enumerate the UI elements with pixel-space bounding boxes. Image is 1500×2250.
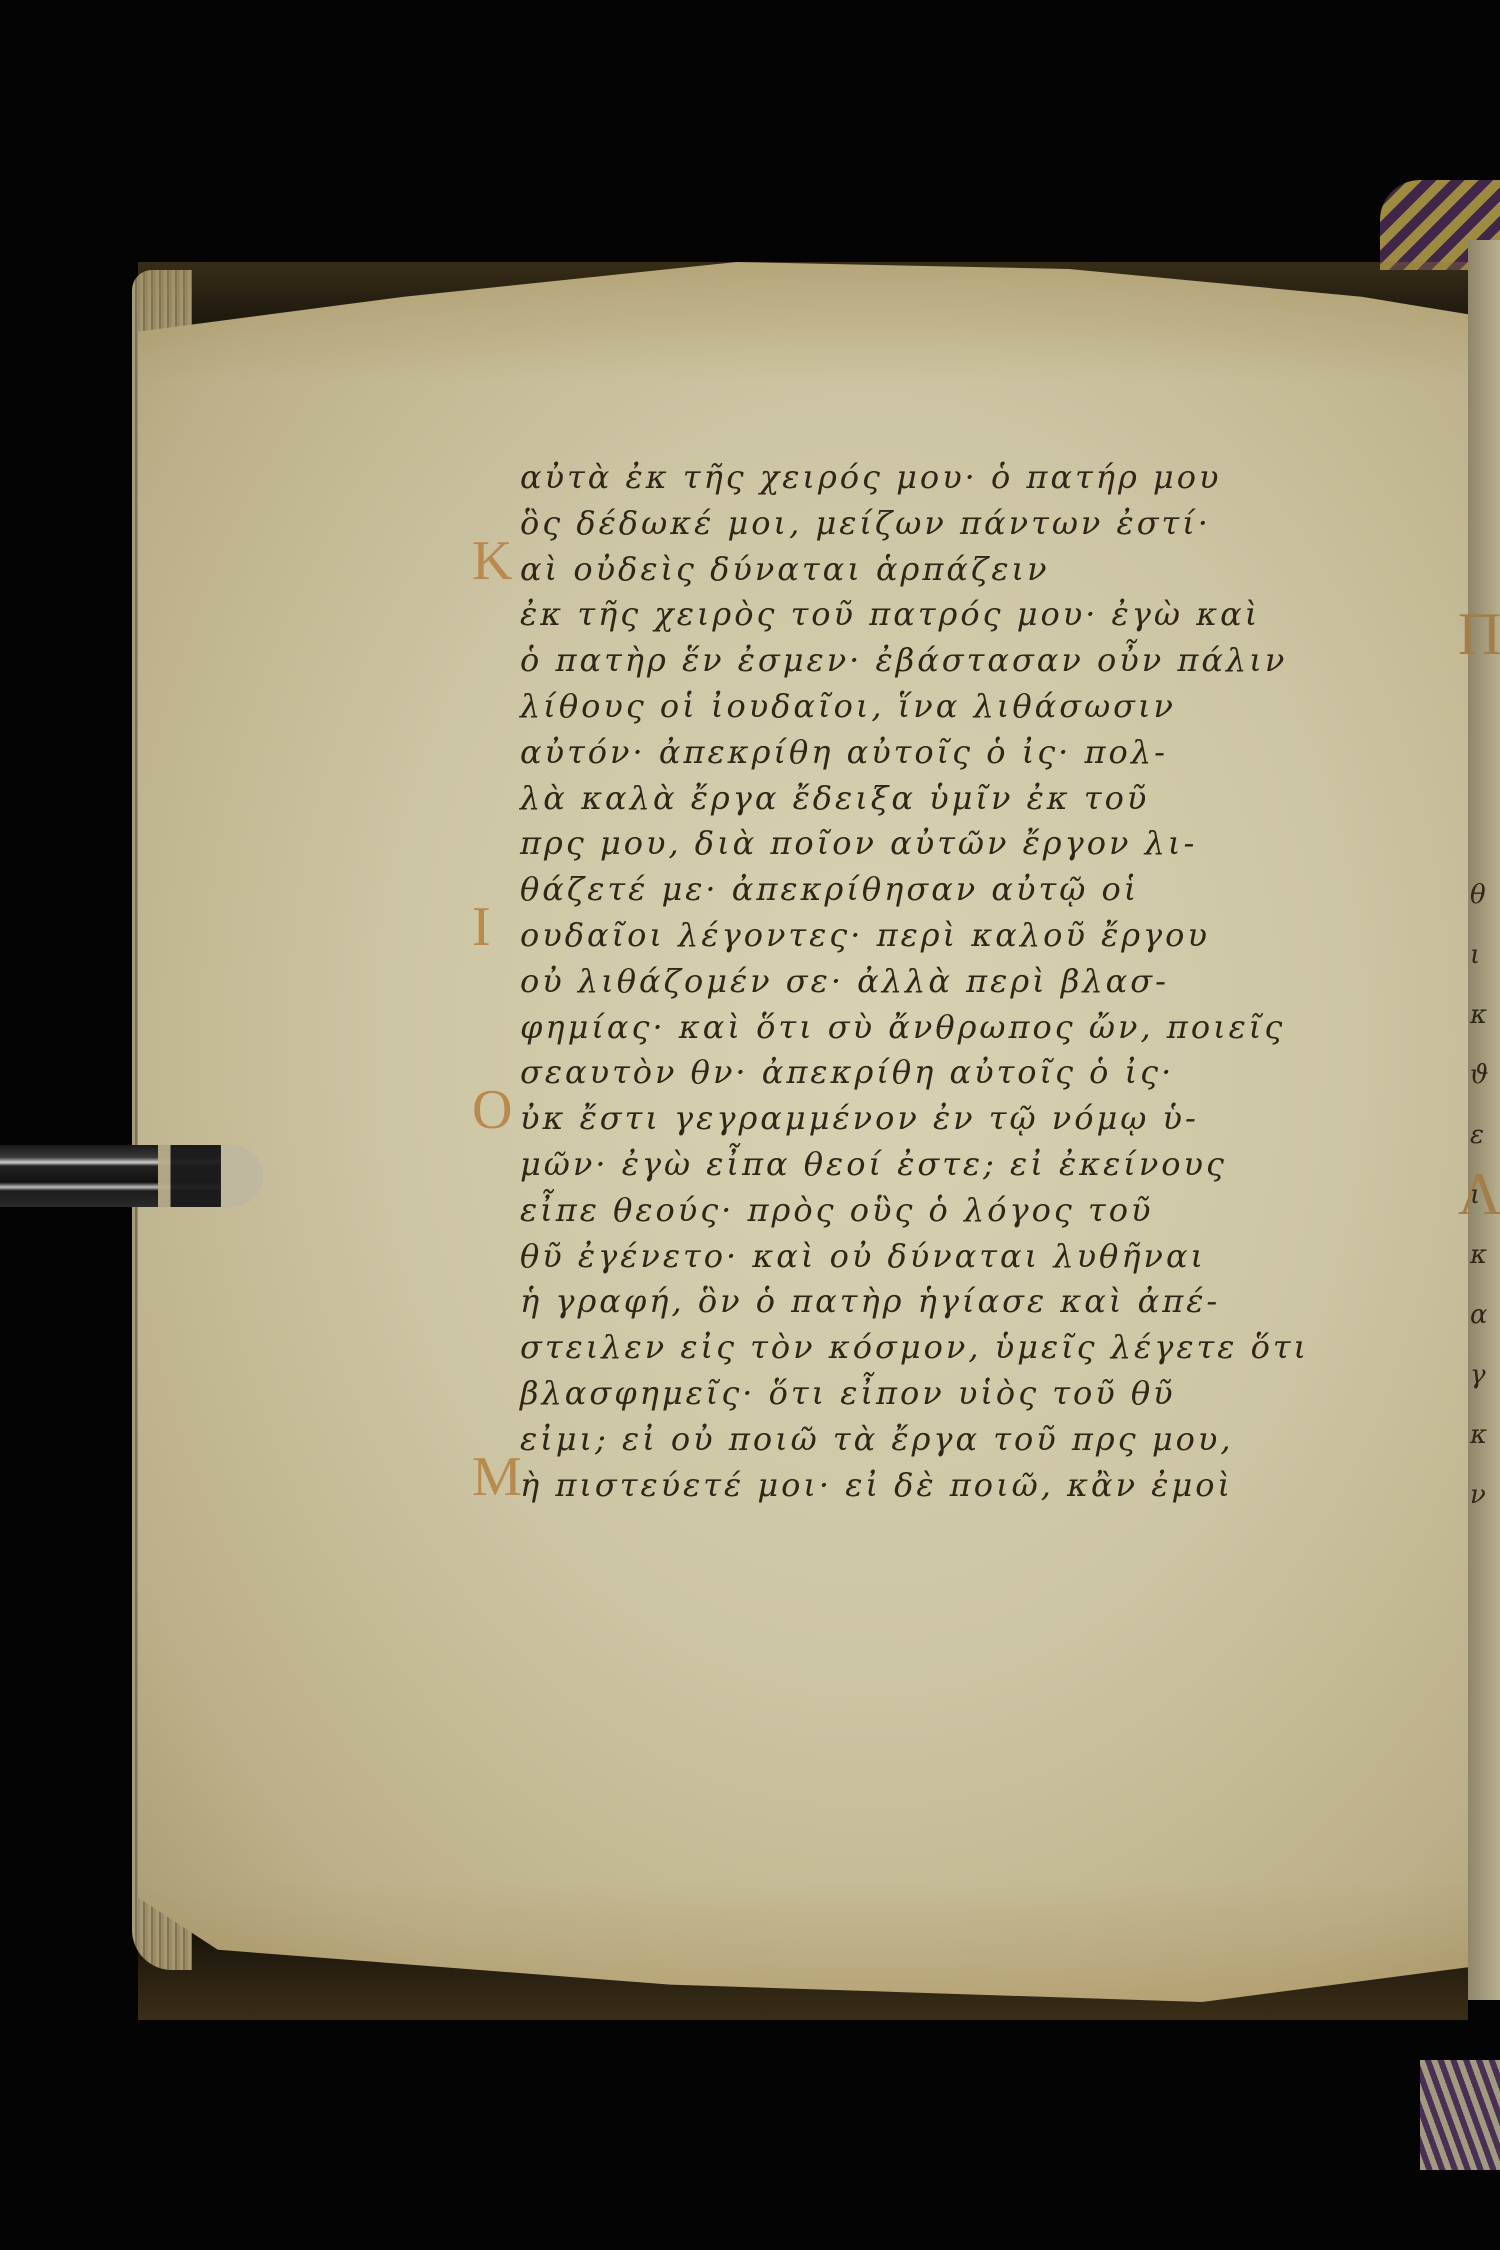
manuscript-line: πρς μου, διὰ ποῖον αὐτῶν ἔργον λι-	[520, 821, 1420, 867]
manuscript-line: φημίας· καὶ ὅτι σὺ ἄνθρωπος ὤν, ποιεῖς	[520, 1005, 1420, 1051]
line-text: βλασφημεῖς· ὅτι εἶπον υἱὸς τοῦ θῦ	[520, 1374, 1176, 1412]
facing-page-letters: θικϑεικαγκν	[1470, 880, 1500, 1540]
facing-page-letter: γ	[1470, 1360, 1500, 1420]
manuscript-line: βλασφημεῖς· ὅτι εἶπον υἱὸς τοῦ θῦ	[520, 1371, 1420, 1417]
line-text: οὐ λιθάζομέν σε· ἀλλὰ περὶ βλασ-	[520, 962, 1169, 1000]
line-text: αὐτὰ ἐκ τῆς χειρός μου· ὁ πατήρ μου	[520, 458, 1221, 496]
manuscript-line: αὐτὰ ἐκ τῆς χειρός μου· ὁ πατήρ μου	[520, 455, 1420, 501]
line-text: θάζετέ με· ἀπεκρίθησαν αὐτῷ οἱ	[520, 870, 1139, 908]
facing-page-letter: ι	[1470, 1180, 1500, 1240]
line-text: μῶν· ἐγὼ εἶπα θεοί ἐστε; εἰ ἐκείνους	[520, 1145, 1227, 1183]
facing-page-letter: θ	[1470, 880, 1500, 940]
line-text: θῦ ἐγένετο· καὶ οὐ δύναται λυθῆναι	[520, 1237, 1206, 1275]
line-text: στειλεν εἰς τὸν κόσμον, ὑμεῖς λέγετε ὅτι	[520, 1328, 1309, 1366]
manuscript-line: θῦ ἐγένετο· καὶ οὐ δύναται λυθῆναι	[520, 1234, 1420, 1280]
facing-page-letter: ϑ	[1470, 1060, 1500, 1120]
manuscript-line: Ιουδαῖοι λέγοντες· περὶ καλοῦ ἔργου	[520, 913, 1420, 959]
manuscript-line: ὃς δέδωκέ μοι, μείζων πάντων ἐστί·	[520, 501, 1420, 547]
facing-page-letter: ε	[1470, 1120, 1500, 1180]
rubricated-initial: Μ	[472, 1455, 525, 1501]
manuscript-line: Μὴ πιστεύετέ μοι· εἰ δὲ ποιῶ, κἂν ἐμοὶ	[520, 1463, 1420, 1509]
line-text: πρς μου, διὰ ποῖον αὐτῶν ἔργον λι-	[520, 824, 1197, 862]
manuscript-line: Καὶ οὐδεὶς δύναται ἁρπάζειν	[520, 547, 1420, 593]
line-text: ὴ πιστεύετέ μοι· εἰ δὲ ποιῶ, κἂν ἐμοὶ	[520, 1466, 1233, 1504]
line-text: εἶπε θεούς· πρὸς οὓς ὁ λόγος τοῦ	[520, 1191, 1153, 1229]
manuscript-line: λίθους οἱ ἰουδαῖοι, ἵνα λιθάσωσιν	[520, 684, 1420, 730]
facing-page-letter: κ	[1470, 1420, 1500, 1480]
rubricated-initial: Κ	[472, 539, 515, 585]
manuscript-line: λὰ καλὰ ἔργα ἔδειξα ὑμῖν ἐκ τοῦ	[520, 776, 1420, 822]
line-text: φημίας· καὶ ὅτι σὺ ἄνθρωπος ὤν, ποιεῖς	[520, 1008, 1285, 1046]
manuscript-line: σεαυτὸν θν· ἀπεκρίθη αὐτοῖς ὁ ἰς·	[520, 1050, 1420, 1096]
line-text: αὶ οὐδεὶς δύναται ἁρπάζειν	[520, 550, 1050, 588]
manuscript-line: αὐτόν· ἀπεκρίθη αὐτοῖς ὁ ἰς· πολ-	[520, 730, 1420, 776]
manuscript-line: οὐ λιθάζομέν σε· ἀλλὰ περὶ βλασ-	[520, 959, 1420, 1005]
manuscript-line: μῶν· ἐγὼ εἶπα θεοί ἐστε; εἰ ἐκείνους	[520, 1142, 1420, 1188]
line-text: εἰμι; εἰ οὐ ποιῶ τὰ ἔργα τοῦ πρς μου,	[520, 1420, 1234, 1458]
manuscript-text-block: αὐτὰ ἐκ τῆς χειρός μου· ὁ πατήρ μουὃς δέ…	[520, 455, 1420, 1508]
bookmark-ribbon-bottom	[1420, 2060, 1500, 2170]
manuscript-line: στειλεν εἰς τὸν κόσμον, ὑμεῖς λέγετε ὅτι	[520, 1325, 1420, 1371]
line-text: σεαυτὸν θν· ἀπεκρίθη αὐτοῖς ὁ ἰς·	[520, 1053, 1174, 1091]
rubricated-initial: Ι	[472, 905, 494, 951]
facing-page-letter: α	[1470, 1300, 1500, 1360]
facing-page-letter: ι	[1470, 940, 1500, 1000]
manuscript-line: ἡ γραφή, ὃν ὁ πατὴρ ἡγίασε καὶ ἀπέ-	[520, 1279, 1420, 1325]
line-text: ἡ γραφή, ὃν ὁ πατὴρ ἡγίασε καὶ ἀπέ-	[520, 1282, 1220, 1320]
manuscript-line: θάζετέ με· ἀπεκρίθησαν αὐτῷ οἱ	[520, 867, 1420, 913]
facing-page-initial-1: Π	[1458, 600, 1500, 669]
manuscript-line: ἐκ τῆς χειρὸς τοῦ πατρός μου· ἐγὼ καὶ	[520, 592, 1420, 638]
line-text: ὃς δέδωκέ μοι, μείζων πάντων ἐστί·	[520, 504, 1211, 542]
line-text: αὐτόν· ἀπεκρίθη αὐτοῖς ὁ ἰς· πολ-	[520, 733, 1168, 771]
facing-page-letter: κ	[1470, 1000, 1500, 1060]
facing-page-letter: κ	[1470, 1240, 1500, 1300]
line-text: ἐκ τῆς χειρὸς τοῦ πατρός μου· ἐγὼ καὶ	[520, 595, 1260, 633]
facing-page-letter: ν	[1470, 1480, 1500, 1540]
rubricated-initial: Ο	[472, 1088, 515, 1134]
page-holder-rod	[0, 1145, 265, 1207]
line-text: ὁ πατὴρ ἕν ἐσμεν· ἐβάστασαν οὖν πάλιν	[520, 641, 1287, 679]
line-text: ουδαῖοι λέγοντες· περὶ καλοῦ ἔργου	[520, 916, 1210, 954]
line-text: ὐκ ἔστι γεγραμμένον ἐν τῷ νόμῳ ὑ-	[520, 1099, 1199, 1137]
manuscript-line: Οὐκ ἔστι γεγραμμένον ἐν τῷ νόμῳ ὑ-	[520, 1096, 1420, 1142]
manuscript-line: εἶπε θεούς· πρὸς οὓς ὁ λόγος τοῦ	[520, 1188, 1420, 1234]
rod-tip	[158, 1145, 263, 1207]
line-text: λίθους οἱ ἰουδαῖοι, ἵνα λιθάσωσιν	[520, 687, 1176, 725]
line-text: λὰ καλὰ ἔργα ἔδειξα ὑμῖν ἐκ τοῦ	[520, 779, 1149, 817]
manuscript-line: εἰμι; εἰ οὐ ποιῶ τὰ ἔργα τοῦ πρς μου,	[520, 1417, 1420, 1463]
manuscript-line: ὁ πατὴρ ἕν ἐσμεν· ἐβάστασαν οὖν πάλιν	[520, 638, 1420, 684]
